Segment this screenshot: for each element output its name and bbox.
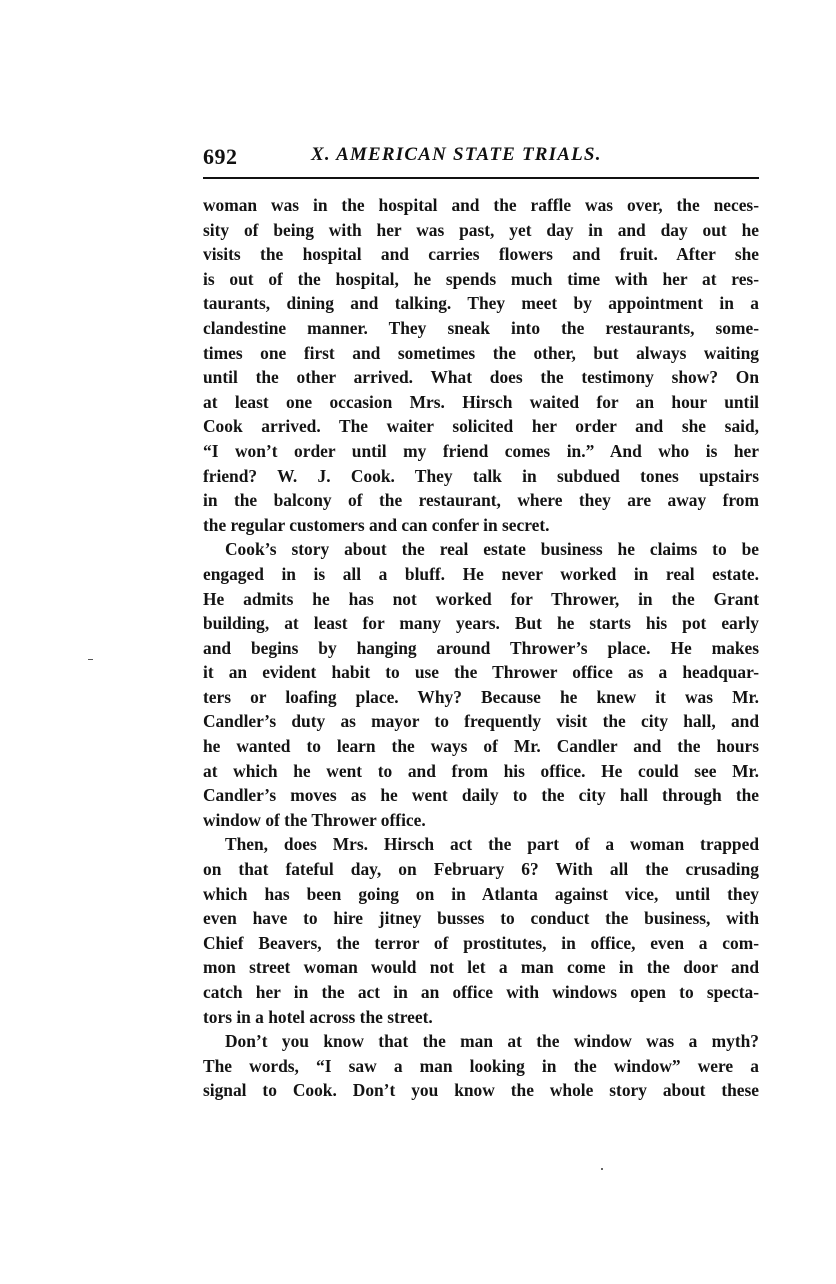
running-title: X. AMERICAN STATE TRIALS.: [311, 144, 602, 166]
text-line: ters or loafing place. Why? Because he k…: [203, 685, 759, 710]
page-number: 692: [203, 144, 238, 170]
text-line: Cook arrived. The waiter solicited her o…: [203, 414, 759, 439]
paragraph: Don’t you know that the man at the windo…: [203, 1029, 759, 1103]
scan-speck: [601, 1168, 603, 1170]
text-line: engaged in is all a bluff. He never work…: [203, 562, 759, 587]
text-line: signal to Cook. Don’t you know the whole…: [203, 1078, 759, 1103]
text-line: he wanted to learn the ways of Mr. Candl…: [203, 734, 759, 759]
book-page: 692 X. AMERICAN STATE TRIALS. woman was …: [0, 0, 836, 1284]
text-line: “I won’t order until my friend comes in.…: [203, 439, 759, 464]
text-line: Candler’s moves as he went daily to the …: [203, 783, 759, 808]
paragraph: woman was in the hospital and the raffle…: [203, 193, 759, 537]
text-line: mon street woman would not let a man com…: [203, 955, 759, 980]
text-line: Then, does Mrs. Hirsch act the part of a…: [203, 832, 759, 857]
paragraph: Then, does Mrs. Hirsch act the part of a…: [203, 832, 759, 1029]
paragraph: Cook’s story about the real estate busin…: [203, 537, 759, 832]
text-line: Don’t you know that the man at the windo…: [203, 1029, 759, 1054]
text-line: times one first and sometimes the other,…: [203, 341, 759, 366]
text-line: tors in a hotel across the street.: [203, 1005, 759, 1030]
text-line: Chief Beavers, the terror of prostitutes…: [203, 931, 759, 956]
text-line: Cook’s story about the real estate busin…: [203, 537, 759, 562]
text-line: even have to hire jitney busses to condu…: [203, 906, 759, 931]
margin-mark: [88, 659, 93, 660]
text-line: He admits he has not worked for Thrower,…: [203, 587, 759, 612]
text-line: catch her in the act in an office with w…: [203, 980, 759, 1005]
body-text: woman was in the hospital and the raffle…: [203, 193, 759, 1103]
text-line: window of the Thrower office.: [203, 808, 759, 833]
header-rule: [203, 177, 759, 179]
text-line: until the other arrived. What does the t…: [203, 365, 759, 390]
text-line: is out of the hospital, he spends much t…: [203, 267, 759, 292]
text-line: on that fateful day, on February 6? With…: [203, 857, 759, 882]
text-line: The words, “I saw a man looking in the w…: [203, 1054, 759, 1079]
page-header: 692 X. AMERICAN STATE TRIALS.: [203, 144, 759, 174]
text-line: and begins by hanging around Thrower’s p…: [203, 636, 759, 661]
text-line: at which he went to and from his office.…: [203, 759, 759, 784]
text-line: the regular customers and can confer in …: [203, 513, 759, 538]
text-line: taurants, dining and talking. They meet …: [203, 291, 759, 316]
text-line: visits the hospital and carries flowers …: [203, 242, 759, 267]
text-line: sity of being with her was past, yet day…: [203, 218, 759, 243]
text-line: building, at least for many years. But h…: [203, 611, 759, 636]
text-line: friend? W. J. Cook. They talk in subdued…: [203, 464, 759, 489]
text-line: clandestine manner. They sneak into the …: [203, 316, 759, 341]
text-line: at least one occasion Mrs. Hirsch waited…: [203, 390, 759, 415]
text-line: in the balcony of the restaurant, where …: [203, 488, 759, 513]
text-line: which has been going on in Atlanta again…: [203, 882, 759, 907]
text-line: it an evident habit to use the Thrower o…: [203, 660, 759, 685]
text-line: Candler’s duty as mayor to frequently vi…: [203, 709, 759, 734]
text-line: woman was in the hospital and the raffle…: [203, 193, 759, 218]
